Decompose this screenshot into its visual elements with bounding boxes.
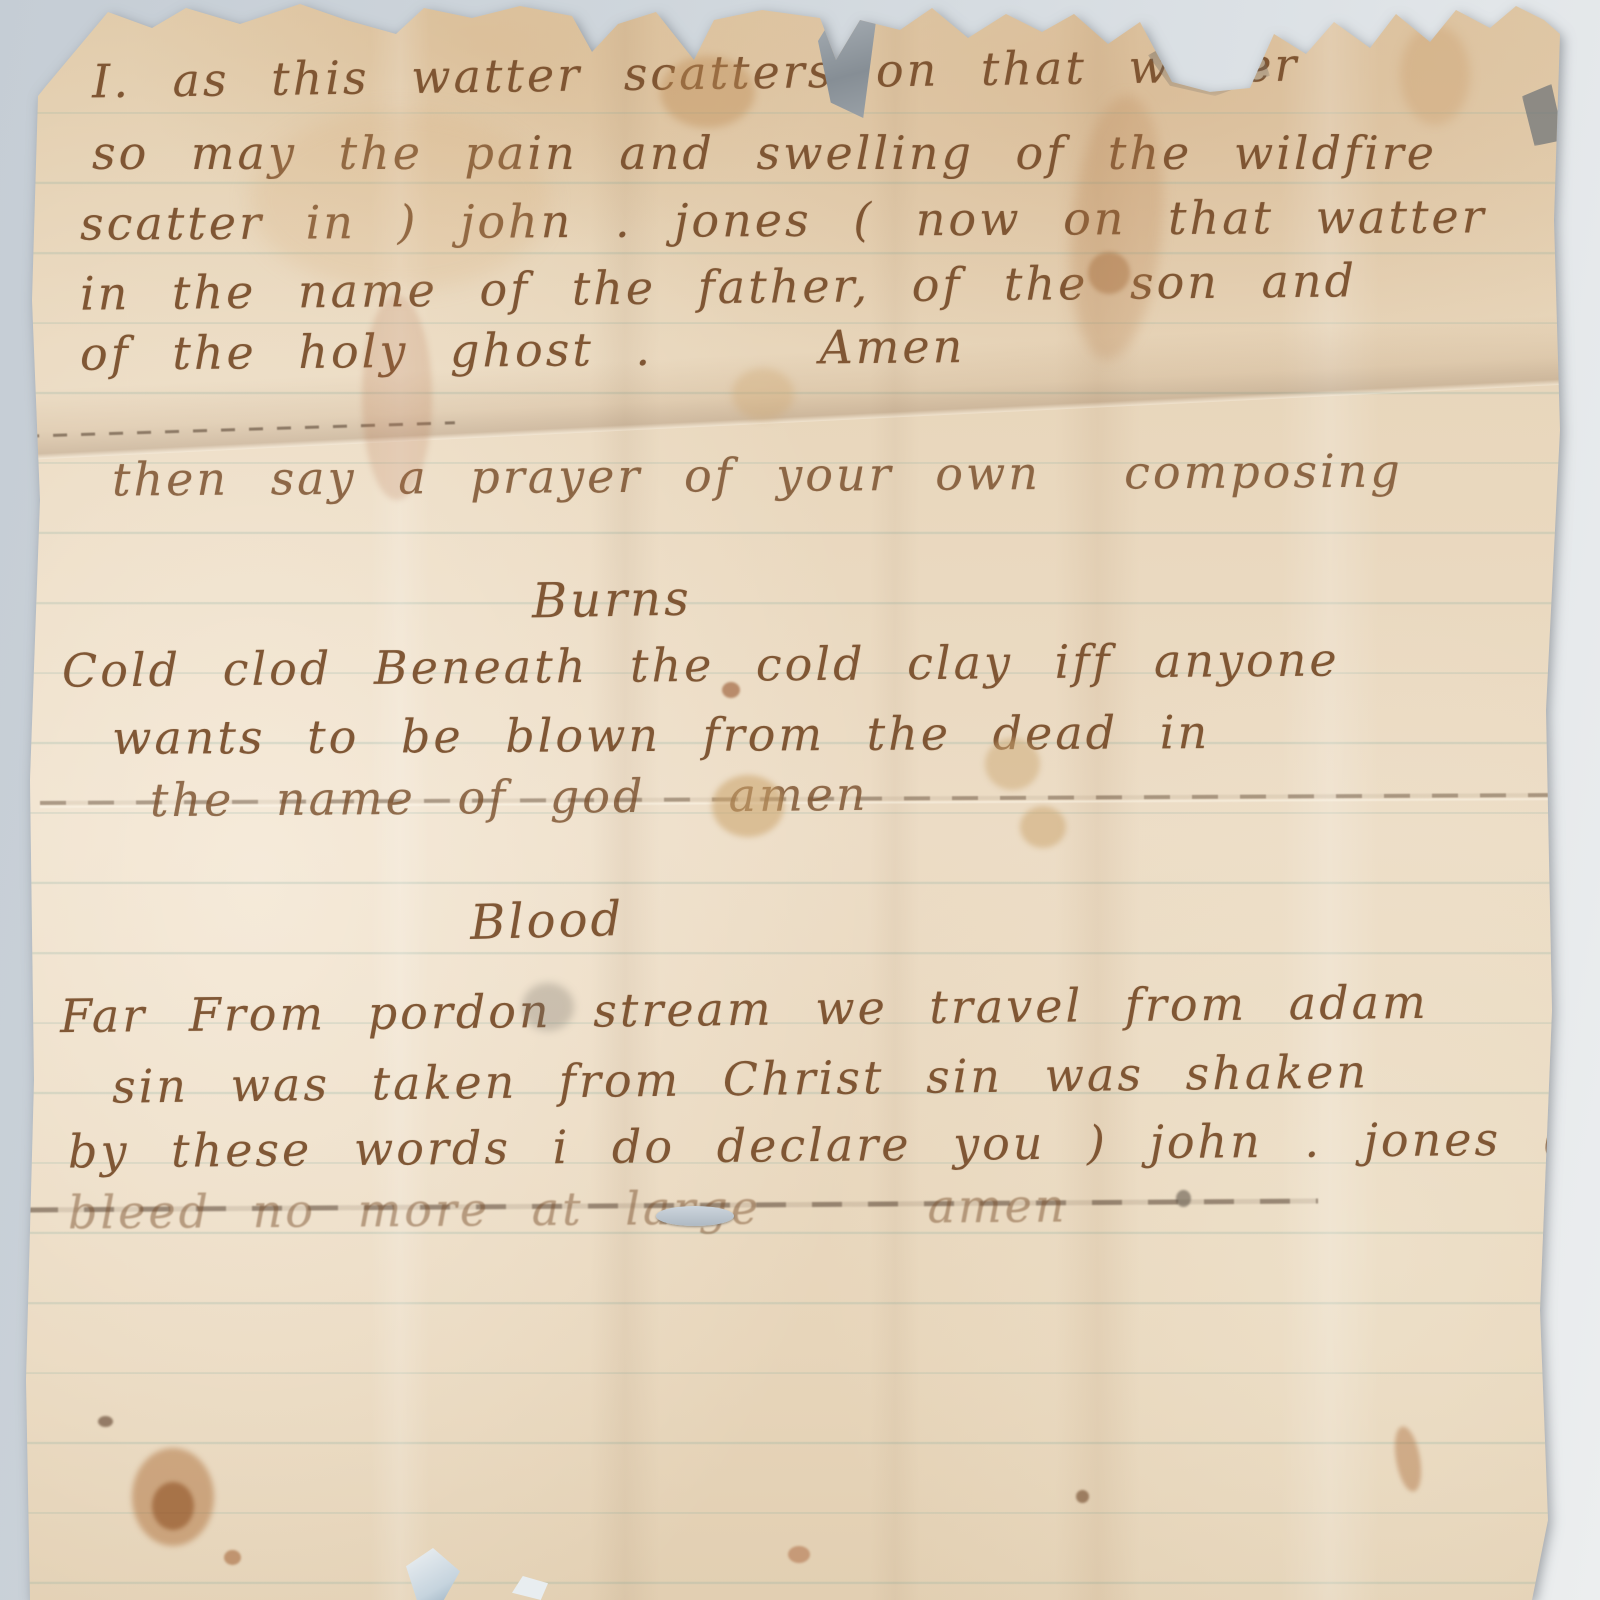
handwriting-layer: I. as this watter scatters on that watte… <box>0 0 1600 1600</box>
handwritten-line: so may the pain and swelling of the wild… <box>92 126 1437 180</box>
handwritten-line: bleed no more at large amen <box>68 1179 1068 1240</box>
handwritten-line: by these words i do declare you ) john .… <box>68 1111 1564 1178</box>
handwritten-line: of the holy ghost . Amen <box>80 319 966 381</box>
handwritten-line: Cold clod Beneath the cold clay iff anyo… <box>62 632 1340 697</box>
handwritten-line: sin was taken from Christ sin was shaken <box>112 1044 1370 1113</box>
paper-shadow-wrapper: I. as this watter scatters on that watte… <box>0 0 1600 1600</box>
manuscript-paper: I. as this watter scatters on that watte… <box>0 0 1600 1600</box>
handwritten-line: I. as this watter scatters on that watte… <box>92 38 1300 109</box>
scanned-document-photo: I. as this watter scatters on that watte… <box>0 0 1600 1600</box>
section-heading-burns: Burns <box>532 571 693 630</box>
section-heading-blood: Blood <box>469 891 625 951</box>
handwritten-line: the name of god amen <box>150 767 869 827</box>
handwritten-line: in the name of the father, of the son an… <box>80 253 1358 320</box>
handwritten-line: Far From pordon stream we travel from ad… <box>60 975 1429 1043</box>
handwritten-line: then say a prayer of your own composing <box>112 443 1403 506</box>
handwritten-line: scatter in ) john . jones ( now on that … <box>80 189 1487 250</box>
handwritten-line: wants to be blown from the dead in <box>112 705 1210 765</box>
